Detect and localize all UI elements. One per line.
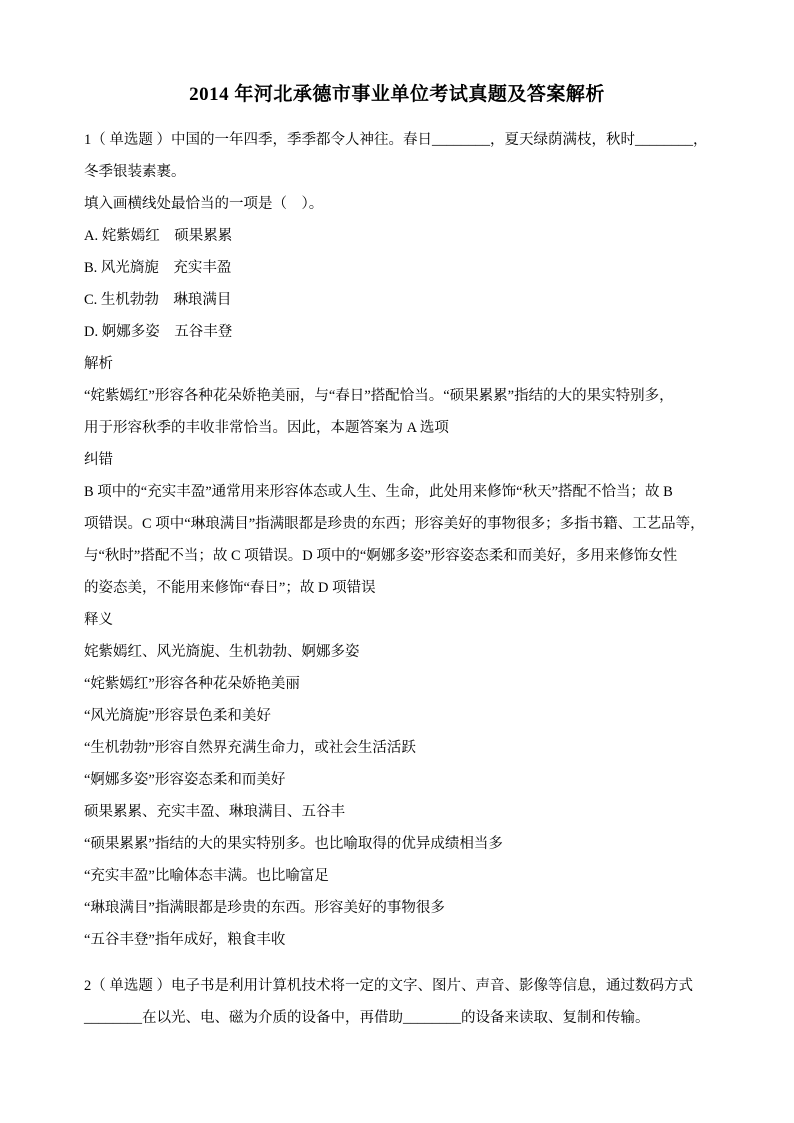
question-1-option-b: B. 风光旖旎 充实丰盈: [84, 252, 716, 284]
definition-shengji-bobo: “生机勃勃”形容自然界充满生命力，或社会生活活跃: [84, 732, 716, 764]
analysis-heading: 解析: [84, 348, 716, 380]
question-1-option-d: D. 婀娜多姿 五谷丰登: [84, 316, 716, 348]
definition-chongshi-fengying: “充实丰盈”比喻体态丰满。也比喻富足: [84, 860, 716, 892]
definitions-group2-title: 硕果累累、充实丰盈、琳琅满目、五谷丰: [84, 796, 716, 828]
definition-shuoguo-leilei: “硕果累累”指结的大的果实特别多。也比喻取得的优异成绩相当多: [84, 828, 716, 860]
page-title: 2014 年河北承德市事业单位考试真题及答案解析: [0, 0, 794, 108]
definitions-group1-title: 姹紫嫣红、风光旖旎、生机勃勃、婀娜多姿: [84, 636, 716, 668]
question-2-stem: 2（ 单选题 ）电子书是利用计算机技术将一定的文字、图片、声音、影像等信息，通过…: [84, 970, 716, 1034]
definition-chazi-yanhong: “姹紫嫣红”形容各种花朵娇艳美丽: [84, 668, 716, 700]
question-1-stem: 1（ 单选题 ）中国的一年四季，季季都令人神往。春日________，夏天绿荫满…: [84, 124, 716, 188]
correction-heading: 纠错: [84, 444, 716, 476]
definitions-heading: 释义: [84, 604, 716, 636]
question-1-option-a: A. 姹紫嫣红 硕果累累: [84, 220, 716, 252]
definition-enuo-duozi: “婀娜多姿”形容姿态柔和而美好: [84, 764, 716, 796]
document-body: 1（ 单选题 ）中国的一年四季，季季都令人神往。春日________，夏天绿荫满…: [0, 124, 794, 1034]
definition-wugu-fengdeng: “五谷丰登”指年成好，粮食丰收: [84, 924, 716, 956]
correction-text: B 项中的“充实丰盈”通常用来形容体态或人生、生命，此处用来修饰“秋天”搭配不恰…: [84, 476, 716, 604]
definition-linlang-manmu: “琳琅满目”指满眼都是珍贵的东西。形容美好的事物很多: [84, 892, 716, 924]
question-1-prompt: 填入画横线处最恰当的一项是（ ）。: [84, 188, 716, 220]
definition-fengguang-yini: “风光旖旎”形容景色柔和美好: [84, 700, 716, 732]
question-1-option-c: C. 生机勃勃 琳琅满目: [84, 284, 716, 316]
document-page: 2014 年河北承德市事业单位考试真题及答案解析 1（ 单选题 ）中国的一年四季…: [0, 0, 794, 1123]
analysis-text: “姹紫嫣红”形容各种花朵娇艳美丽，与“春日”搭配恰当。“硕果累累”指结的大的果实…: [84, 380, 716, 444]
